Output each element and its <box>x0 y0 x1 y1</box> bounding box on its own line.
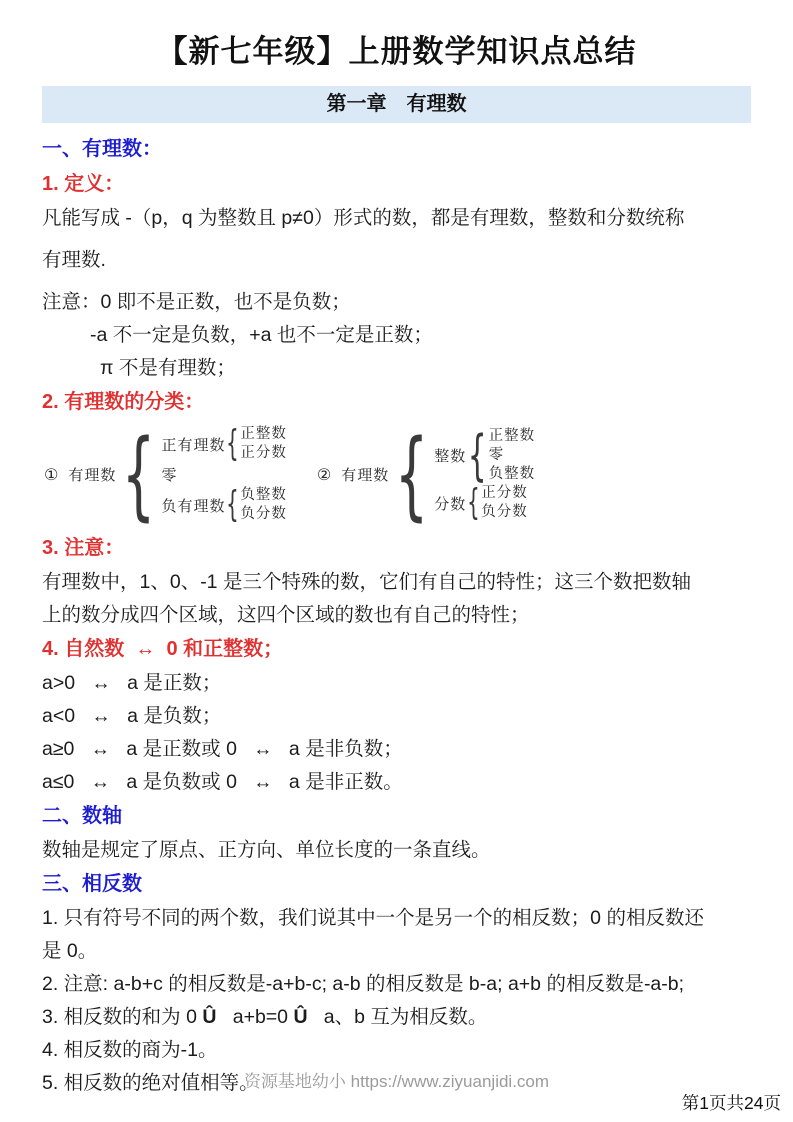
condition-line-nonpositive: a≤0 ↔ a 是负数或 0 ↔ a 是非正数。 <box>42 766 751 799</box>
branch-label: 负有理数 <box>161 495 225 516</box>
diagram1-branch-positive: 正有理数 { 正整数 正分数 <box>161 426 286 462</box>
subheading-natural-numbers: 4. 自然数 ↔ 0 和正整数； <box>42 632 751 667</box>
condition-line-positive: a>0 ↔ a 是正数； <box>42 667 751 700</box>
leaf-label: 正整数 <box>489 428 536 445</box>
branch-leaves: 正整数 正分数 <box>240 426 287 462</box>
branch-label: 整数 <box>434 445 466 466</box>
chapter-banner: 第一章 有理数 <box>42 86 751 123</box>
definition-note-3: π 不是有理数； <box>42 352 751 385</box>
branch-leaves: 正分数 负分数 <box>481 485 528 521</box>
diagram2-branch-integers: 整数 { 正整数 零 负整数 <box>434 428 535 483</box>
diagram2-branch-fractions: 分数 { 正分数 负分数 <box>434 485 535 521</box>
circled-number-2: ② <box>317 465 331 485</box>
definition-note-2: -a 不一定是负数，+a 也不一定是正数； <box>42 319 751 352</box>
diagram1-branch-negative: 负有理数 { 负整数 负分数 <box>161 487 286 523</box>
classification-diagram-2: ② 有理数 { 整数 { 正整数 零 负整数 分数 { 正分数 <box>317 427 535 523</box>
brace-icon: { <box>395 427 429 523</box>
leaf-label: 正分数 <box>481 485 528 502</box>
diagram1-branches: 正有理数 { 正整数 正分数 零 负有理数 { 负整数 负分数 <box>161 426 286 523</box>
leaf-label: 负分数 <box>240 506 287 523</box>
leaf-label: 负分数 <box>481 504 528 521</box>
diagram1-root-label: 有理数 <box>68 464 116 485</box>
brace-icon: { <box>468 429 487 483</box>
diagram2-branches: 整数 { 正整数 零 负整数 分数 { 正分数 负分数 <box>434 428 535 521</box>
brace-icon: { <box>122 427 156 523</box>
attention-line-1: 有理数中，1、0、-1 是三个特殊的数，它们有自己的特性；这三个数把数轴 <box>42 566 751 599</box>
subheading-definition: 1. 定义： <box>42 167 751 202</box>
brace-icon: { <box>227 487 240 523</box>
document-page: 【新七年级】上册数学知识点总结 第一章 有理数 一、有理数： 1. 定义： 凡能… <box>0 26 793 1100</box>
number-axis-body: 数轴是规定了原点、正方向、单位长度的一条直线。 <box>42 834 751 867</box>
document-title: 【新七年级】上册数学知识点总结 <box>42 26 751 71</box>
page-number: 第1页共24页 <box>682 1090 781 1115</box>
attention-line-2: 上的数分成四个区域，这四个区域的数也有自己的特性； <box>42 599 751 632</box>
opposite-item-1-line-1: 1. 只有符号不同的两个数，我们说其中一个是另一个的相反数；0 的相反数还 <box>42 902 751 935</box>
diagram1-branch-zero: 零 <box>161 464 286 485</box>
branch-label: 零 <box>161 464 177 485</box>
double-arrow-symbol: Û <box>293 1006 307 1028</box>
branch-leaves: 正整数 零 负整数 <box>489 428 536 483</box>
definition-line-1: 凡能写成 -（p，q 为整数且 p≠0）形式的数，都是有理数，整数和分数统称 <box>42 202 751 235</box>
opposite-item-2: 2. 注意: a-b+c 的相反数是-a+b-c; a-b 的相反数是 b-a;… <box>42 968 751 1001</box>
section-heading-opposite-numbers: 三、相反数 <box>42 867 751 902</box>
section-heading-rational-numbers: 一、有理数： <box>42 132 751 167</box>
leaf-label: 零 <box>489 447 536 464</box>
opposite-item-3: 3. 相反数的和为 0 Û a+b=0 Û a、b 互为相反数。 <box>42 1001 751 1034</box>
opposite-item-3-text: a+b=0 <box>216 1006 293 1028</box>
branch-label: 正有理数 <box>161 434 225 455</box>
leaf-label: 负整数 <box>489 466 536 483</box>
subheading-classification: 2. 有理数的分类： <box>42 385 751 420</box>
brace-icon: { <box>467 485 480 521</box>
brace-icon: { <box>227 426 240 462</box>
opposite-item-1-line-2: 是 0。 <box>42 935 751 968</box>
classification-diagram-1: ① 有理数 { 正有理数 { 正整数 正分数 零 负有理数 { <box>44 426 287 523</box>
diagram2-root-label: 有理数 <box>341 464 389 485</box>
branch-label: 分数 <box>434 493 466 514</box>
section-heading-number-axis: 二、数轴 <box>42 799 751 834</box>
leaf-label: 正分数 <box>240 445 287 462</box>
condition-line-nonnegative: a≥0 ↔ a 是正数或 0 ↔ a 是非负数； <box>42 733 751 766</box>
branch-leaves: 负整数 负分数 <box>240 487 287 523</box>
definition-note-1: 注意：0 即不是正数，也不是负数； <box>42 286 751 319</box>
subheading-attention: 3. 注意： <box>42 531 751 566</box>
leaf-label: 正整数 <box>240 426 287 443</box>
circled-number-1: ① <box>44 465 58 485</box>
classification-diagram: ① 有理数 { 正有理数 { 正整数 正分数 零 负有理数 { <box>44 426 751 523</box>
opposite-item-4: 4. 相反数的商为-1。 <box>42 1034 751 1067</box>
leaf-label: 负整数 <box>240 487 287 504</box>
condition-line-negative: a<0 ↔ a 是负数； <box>42 700 751 733</box>
definition-line-2: 有理数. <box>42 244 751 277</box>
opposite-item-3-text: 3. 相反数的和为 0 <box>42 1006 202 1028</box>
footer-watermark: 资源基地幼小 https://www.ziyuanjidi.com <box>0 1067 793 1092</box>
double-arrow-symbol: Û <box>202 1006 216 1028</box>
opposite-item-3-text: a、b 互为相反数。 <box>308 1006 488 1028</box>
